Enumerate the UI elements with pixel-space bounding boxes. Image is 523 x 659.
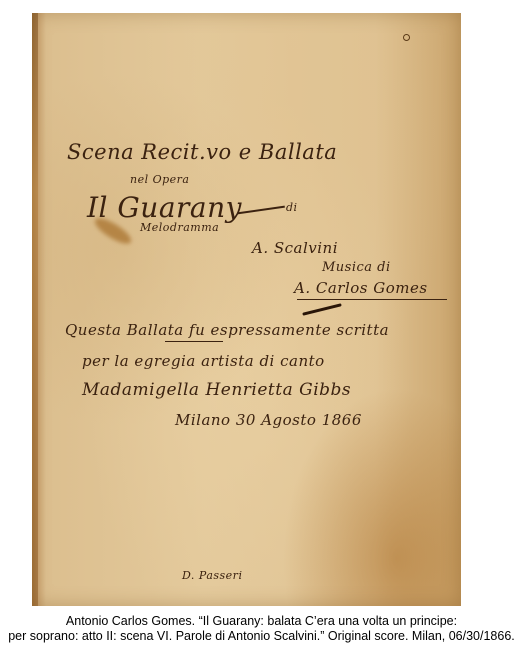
manuscript-opera-title: Il Guarany [87, 191, 242, 224]
manuscript-date-place: Milano 30 Agosto 1866 [175, 411, 362, 429]
manuscript-subtitle-line: nel Opera [130, 173, 190, 186]
manuscript-composer: A. Carlos Gomes [294, 279, 428, 297]
paper-blemish [403, 34, 410, 41]
manuscript-music-by: Musica di [322, 260, 391, 275]
manuscript-signature: D. Passeri [182, 569, 242, 582]
manuscript-di: di [286, 201, 298, 214]
manuscript-title-line: Scena Recit.vo e Ballata [67, 140, 337, 164]
manuscript-dedication-line-2: per la egregia artista di canto [82, 352, 325, 370]
manuscript-genre: Melodramma [140, 221, 219, 234]
pen-flourish [302, 303, 342, 316]
pen-flourish [237, 206, 285, 215]
manuscript-page: Scena Recit.vo e Ballata nel Opera Il Gu… [32, 13, 461, 606]
manuscript-librettist: A. Scalvini [252, 239, 338, 257]
ballata-underline [165, 341, 223, 342]
caption-line-1: Antonio Carlos Gomes. “Il Guarany: balat… [0, 614, 523, 629]
caption-line-2: per soprano: atto II: scena VI. Parole d… [0, 629, 523, 644]
figure-caption: Antonio Carlos Gomes. “Il Guarany: balat… [0, 614, 523, 644]
manuscript-dedication-line-1: Questa Ballata fu espressamente scritta [65, 321, 389, 339]
manuscript-dedicatee: Madamigella Henrietta Gibbs [82, 380, 351, 400]
composer-underline [297, 299, 447, 300]
